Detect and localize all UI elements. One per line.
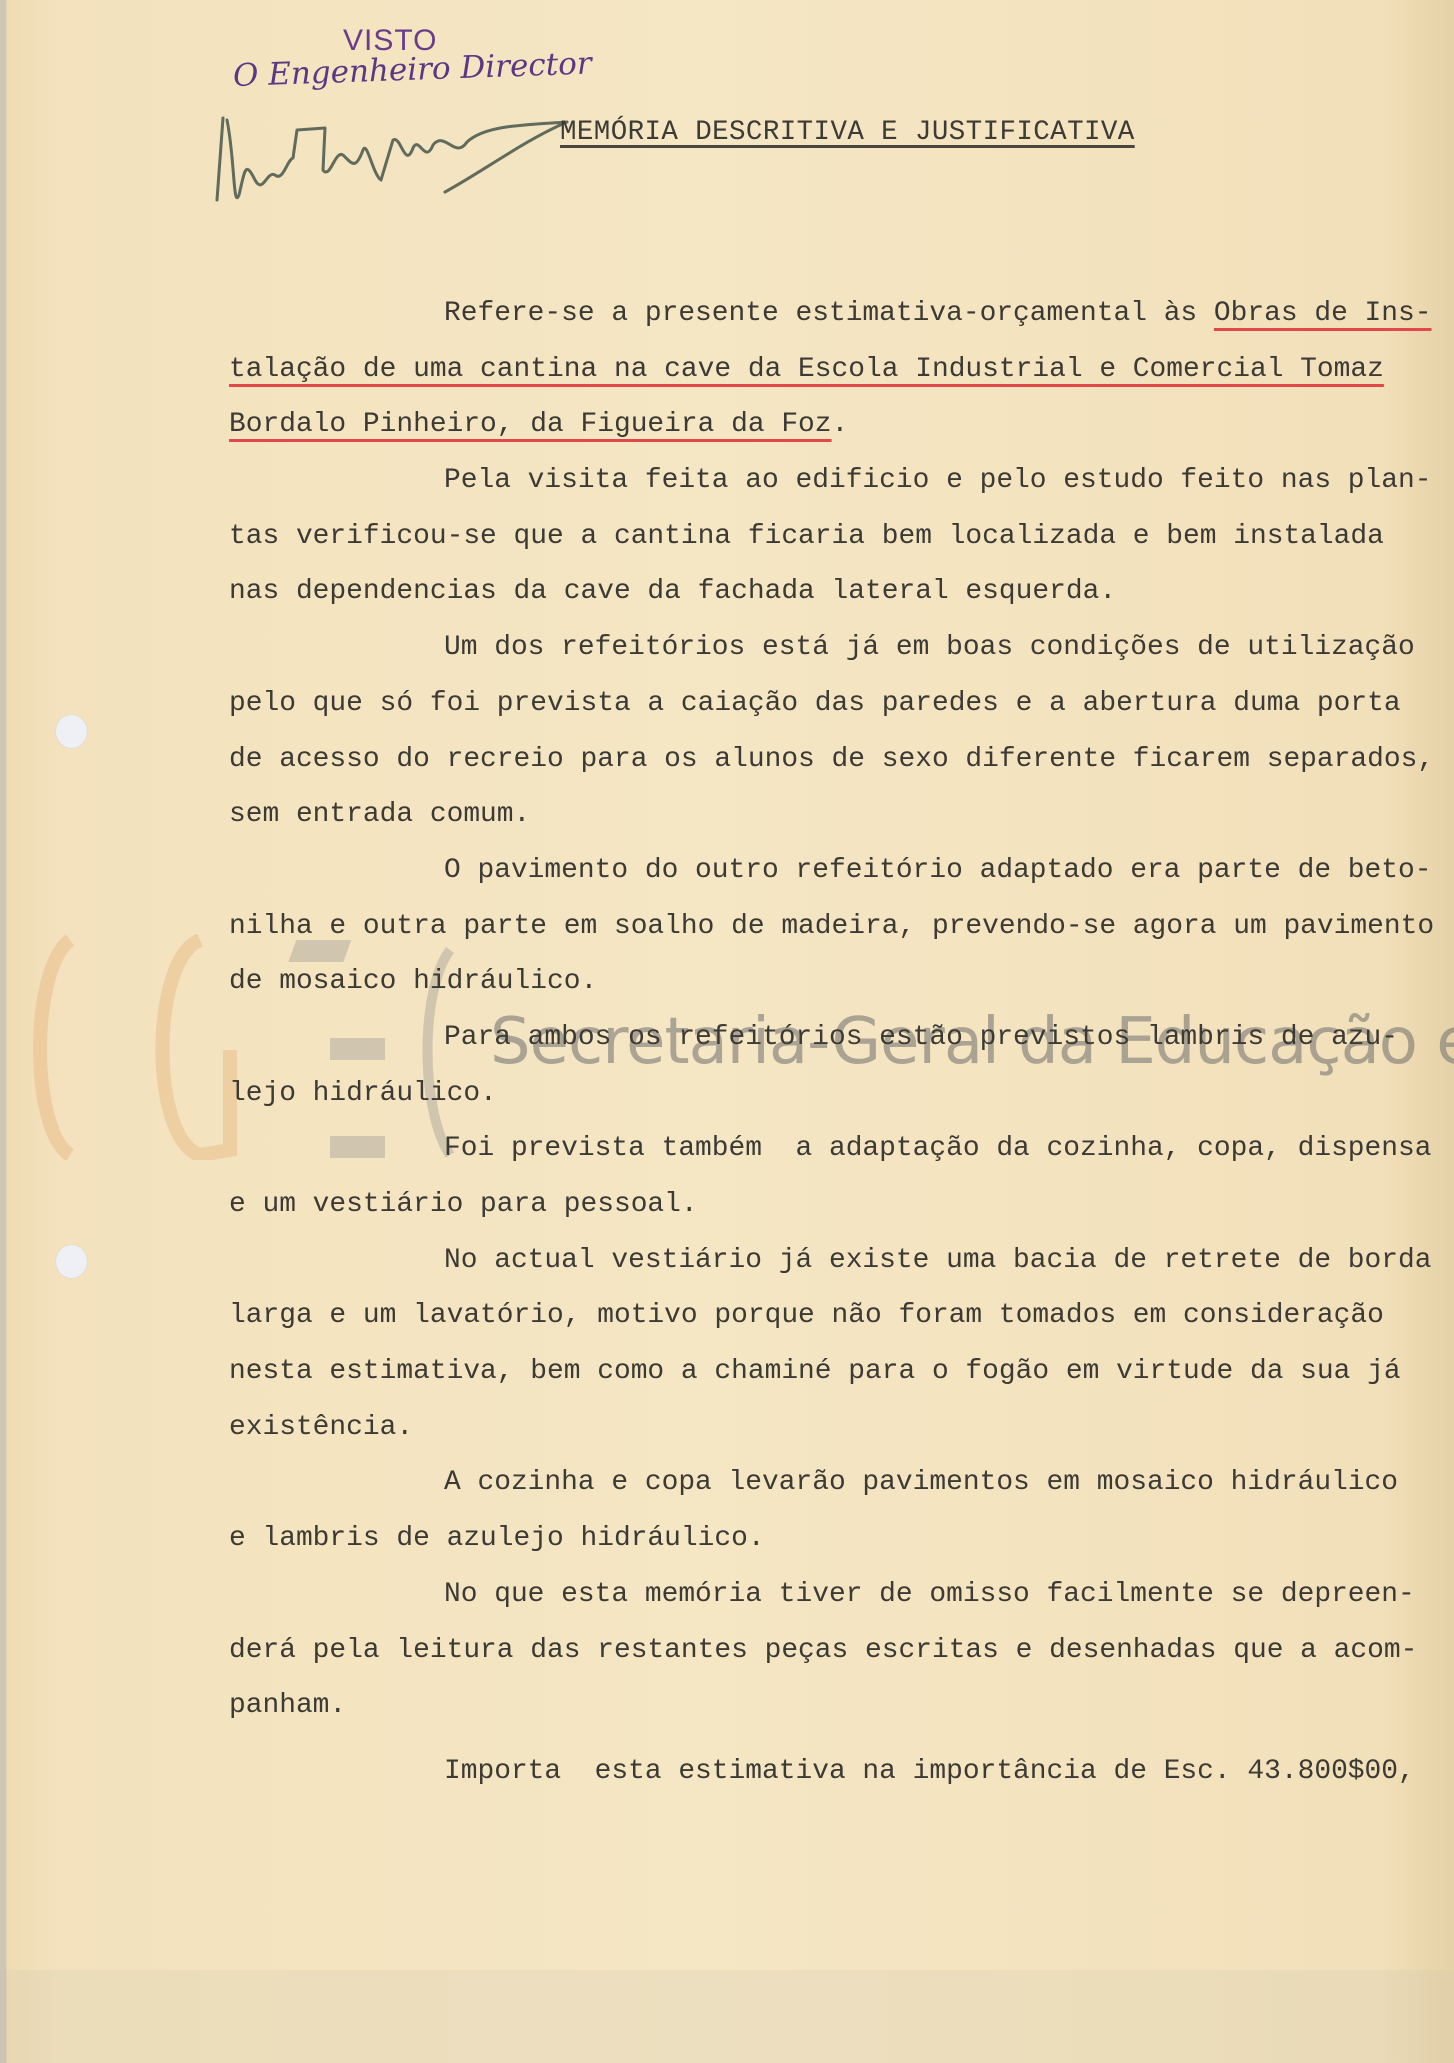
text-line: pelo que só foi prevista a caiação das p… [229, 676, 1429, 732]
highlighted-text: Obras de Ins- [1214, 298, 1432, 329]
text-line: No que esta memória tiver de omisso faci… [229, 1567, 1429, 1623]
text-line: de acesso do recreio para os alunos de s… [229, 732, 1429, 788]
document-body: Refere-se a presente estimativa-orçament… [229, 286, 1429, 1800]
stamp-engineer-director: O Engenheiro Director [232, 45, 592, 94]
text-line: panham. [229, 1678, 1429, 1734]
text-line: e um vestiário para pessoal. [229, 1177, 1429, 1233]
text-line: Foi prevista também a adaptação da cozin… [229, 1121, 1429, 1177]
text-line: derá pela leitura das restantes peças es… [229, 1623, 1429, 1679]
text-line: Refere-se a presente estimativa-orçament… [229, 286, 1429, 342]
highlighted-text: Bordalo Pinheiro, da Figueira da Foz [229, 409, 832, 440]
paragraph: Para ambos os refeitórios estão previsto… [229, 1010, 1429, 1121]
text-line: Bordalo Pinheiro, da Figueira da Foz. [229, 397, 1429, 453]
document-page: VISTO O Engenheiro Director MEMÓRIA DESC… [0, 0, 1454, 2063]
text-line: e lambris de azulejo hidráulico. [229, 1511, 1429, 1567]
spacer [229, 1734, 1429, 1744]
total-amount-line: Importa esta estimativa na importância d… [229, 1744, 1429, 1800]
text-line: nas dependencias da cave da fachada late… [229, 564, 1429, 620]
text-line: tas verificou-se que a cantina ficaria b… [229, 509, 1429, 565]
text-line: O pavimento do outro refeitório adaptado… [229, 843, 1429, 899]
paragraph: Importa esta estimativa na importância d… [229, 1744, 1429, 1800]
paragraph: Foi prevista também a adaptação da cozin… [229, 1121, 1429, 1232]
paragraph: A cozinha e copa levarão pavimentos em m… [229, 1455, 1429, 1566]
paragraph: No actual vestiário já existe uma bacia … [229, 1233, 1429, 1456]
punch-hole-top [55, 714, 88, 749]
text-line: Para ambos os refeitórios estão previsto… [229, 1010, 1429, 1066]
document-title: MEMÓRIA DESCRITIVA E JUSTIFICATIVA [560, 117, 1135, 148]
paragraph: Refere-se a presente estimativa-orçament… [229, 286, 1429, 453]
text-line: A cozinha e copa levarão pavimentos em m… [229, 1455, 1429, 1511]
text-line: de mosaico hidráulico. [229, 954, 1429, 1010]
text-line: larga e um lavatório, motivo porque não … [229, 1288, 1429, 1344]
text-line: nesta estimativa, bem como a chaminé par… [229, 1344, 1429, 1400]
paragraph: Pela visita feita ao edificio e pelo est… [229, 453, 1429, 620]
text-line: No actual vestiário já existe uma bacia … [229, 1233, 1429, 1289]
text-line: Pela visita feita ao edificio e pelo est… [229, 453, 1429, 509]
highlighted-text: talação de uma cantina na cave da Escola… [229, 354, 1384, 385]
text-line: sem entrada comum. [229, 787, 1429, 843]
text-line: lejo hidráulico. [229, 1066, 1429, 1122]
punch-hole-bottom [55, 1244, 88, 1279]
signature-icon [205, 100, 605, 210]
text-line: existência. [229, 1400, 1429, 1456]
paragraph: O pavimento do outro refeitório adaptado… [229, 843, 1429, 1010]
paragraph: Um dos refeitórios está já em boas condi… [229, 620, 1429, 843]
text-line: nilha e outra parte em soalho de madeira… [229, 899, 1429, 955]
text-segment: . [832, 409, 849, 440]
text-line: talação de uma cantina na cave da Escola… [229, 342, 1429, 398]
text-segment: Refere-se a presente estimativa-orçament… [444, 298, 1214, 329]
paragraph: No que esta memória tiver de omisso faci… [229, 1567, 1429, 1734]
text-line: Um dos refeitórios está já em boas condi… [229, 620, 1429, 676]
